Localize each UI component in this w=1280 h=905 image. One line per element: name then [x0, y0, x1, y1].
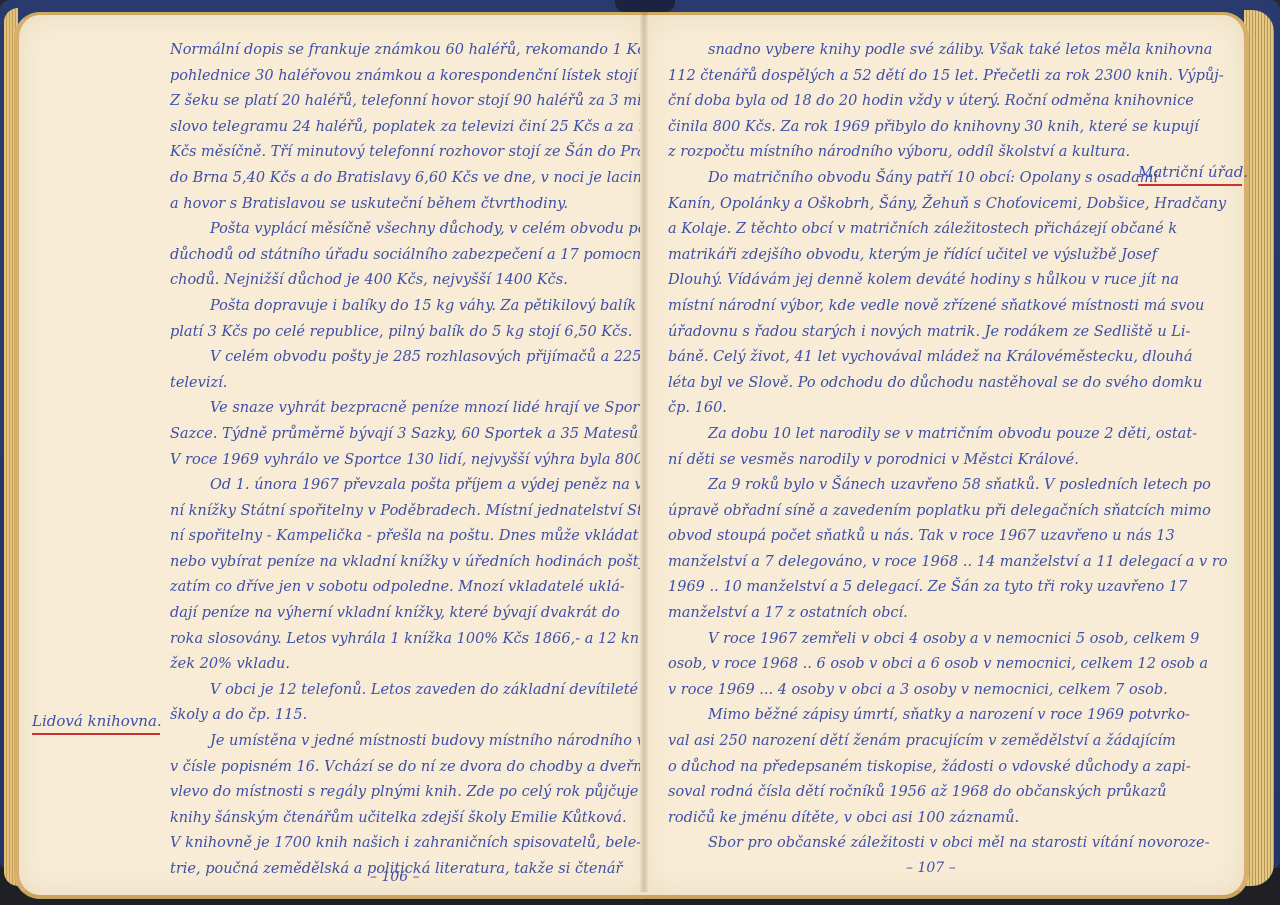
text-line: dají peníze na výherní vkladní knížky, k…: [170, 601, 640, 627]
text-line: manželství a 17 z ostatních obcí.: [668, 601, 1228, 627]
text-line: a Kolaje. Z těchto obcí v matričních zál…: [668, 217, 1228, 243]
text-line: platí 3 Kčs po celé republice, pilný bal…: [170, 320, 640, 346]
text-line: Za dobu 10 let narodily se v matričním o…: [668, 422, 1228, 448]
text-line: pohlednice 30 haléřovou známkou a koresp…: [170, 64, 640, 90]
text-line: ní knížky Státní spořitelny v Poděbradec…: [170, 499, 640, 525]
text-line: obvod stoupá počet sňatků u nás. Tak v r…: [668, 524, 1228, 550]
text-line: snadno vybere knihy podle své záliby. Vš…: [668, 38, 1228, 64]
text-line: úpravě obřadní síně a zavedením poplatku…: [668, 499, 1228, 525]
text-line: V knihovně je 1700 knih našich i zahrani…: [170, 831, 640, 857]
text-line: ní spořitelny - Kampelička - přešla na p…: [170, 524, 640, 550]
text-line: místní národní výbor, kde vedle nově zří…: [668, 294, 1228, 320]
text-line: roka slosovány. Letos vyhrála 1 knížka 1…: [170, 627, 640, 653]
text-line: Kčs měsíčně. Tří minutový telefonní rozh…: [170, 140, 640, 166]
text-line: Sazce. Týdně průměrně bývají 3 Sazky, 60…: [170, 422, 640, 448]
text-line: chodů. Nejnižší důchod je 400 Kčs, nejvy…: [170, 268, 640, 294]
text-line: ční doba byla od 18 do 20 hodin vždy v ú…: [668, 89, 1228, 115]
text-line: Z šeku se platí 20 haléřů, telefonní hov…: [170, 89, 640, 115]
text-line: čp. 160.: [668, 396, 1228, 422]
text-line: 112 čtenářů dospělých a 52 dětí do 15 le…: [668, 64, 1228, 90]
text-line: činila 800 Kčs. Za rok 1969 přibylo do k…: [668, 115, 1228, 141]
text-line: Za 9 roků bylo v Šánech uzavřeno 58 sňat…: [668, 473, 1228, 499]
text-line: Pošta vyplácí měsíčně všechny důchody, v…: [170, 217, 640, 243]
text-line: V roce 1969 vyhrálo ve Sportce 130 lidí,…: [170, 448, 640, 474]
text-line: Ve snaze vyhrát bezpracně peníze mnozí l…: [170, 396, 640, 422]
text-line: nebo vybírat peníze na vkladní knížky v …: [170, 550, 640, 576]
text-line: V obci je 12 telefonů. Letos zaveden do …: [170, 678, 640, 704]
text-line: televizí.: [170, 371, 640, 397]
text-line: vlevo do místnosti s regály plnými knih.…: [170, 780, 640, 806]
margin-heading-registry-office: Matriční úřad.: [1138, 163, 1242, 186]
right-page-text: snadno vybere knihy podle své záliby. Vš…: [668, 38, 1228, 857]
text-line: ní děti se vesměs narodily v porodnici v…: [668, 448, 1228, 474]
text-line: zatím co dříve jen v sobotu odpoledne. M…: [170, 575, 640, 601]
text-line: do Brna 5,40 Kčs a do Bratislavy 6,60 Kč…: [170, 166, 640, 192]
text-line: V celém obvodu pošty je 285 rozhlasových…: [170, 345, 640, 371]
text-line: a hovor s Bratislavou se uskuteční během…: [170, 192, 640, 218]
text-line: manželství a 7 delegováno, v roce 1968 .…: [668, 550, 1228, 576]
text-line: soval rodná čísla dětí ročníků 1956 až 1…: [668, 780, 1228, 806]
text-line: matrikáři zdejšího obvodu, kterým je říd…: [668, 243, 1228, 269]
text-line: Normální dopis se frankuje známkou 60 ha…: [170, 38, 640, 64]
text-line: Mimo běžné zápisy úmrtí, sňatky a naroze…: [668, 703, 1228, 729]
text-line: rodičů ke jménu dítěte, v obci asi 100 z…: [668, 806, 1228, 832]
text-line: úřadovnu s řadou starých i nových matrik…: [668, 320, 1228, 346]
text-line: léta byl ve Slově. Po odchodu do důchodu…: [668, 371, 1228, 397]
text-line: Je umístěna v jedné místnosti budovy mís…: [170, 729, 640, 755]
text-line: v roce 1969 ... 4 osoby v obci a 3 osoby…: [668, 678, 1228, 704]
text-line: v čísle popisném 16. Vchází se do ní ze …: [170, 755, 640, 781]
text-line: školy a do čp. 115.: [170, 703, 640, 729]
text-line: val asi 250 narození dětí ženám pracujíc…: [668, 729, 1228, 755]
margin-heading-library: Lidová knihovna.: [32, 712, 160, 735]
text-line: žek 20% vkladu.: [170, 652, 640, 678]
text-line: Od 1. února 1967 převzala pošta příjem a…: [170, 473, 640, 499]
text-line: Kanín, Opolánky a Oškobrh, Šány, Žehuň s…: [668, 192, 1228, 218]
notebook-spine-clip: [615, 0, 675, 12]
text-line: báně. Celý život, 41 let vychovával mlád…: [668, 345, 1228, 371]
text-line: knihy šánským čtenářům učitelka zdejší š…: [170, 806, 640, 832]
text-line: Sbor pro občanské záležitosti v obci měl…: [668, 831, 1228, 857]
page-gutter: [640, 12, 648, 892]
text-line: slovo telegramu 24 haléřů, poplatek za t…: [170, 115, 640, 141]
text-line: Dlouhý. Vídávám jej denně kolem deváté h…: [668, 268, 1228, 294]
text-line: V roce 1967 zemřeli v obci 4 osoby a v n…: [668, 627, 1228, 653]
text-line: důchodů od státního úřadu sociálního zab…: [170, 243, 640, 269]
left-page-text: Normální dopis se frankuje známkou 60 ha…: [170, 38, 640, 883]
text-line: o důchod na předepsaném tiskopise, žádos…: [668, 755, 1228, 781]
text-line: Pošta dopravuje i balíky do 15 kg váhy. …: [170, 294, 640, 320]
page-number-right: – 107 –: [906, 860, 956, 876]
page-number-left: – 106 –: [370, 869, 420, 885]
text-line: osob, v roce 1968 .. 6 osob v obci a 6 o…: [668, 652, 1228, 678]
text-line: 1969 .. 10 manželství a 5 delegací. Ze Š…: [668, 575, 1228, 601]
